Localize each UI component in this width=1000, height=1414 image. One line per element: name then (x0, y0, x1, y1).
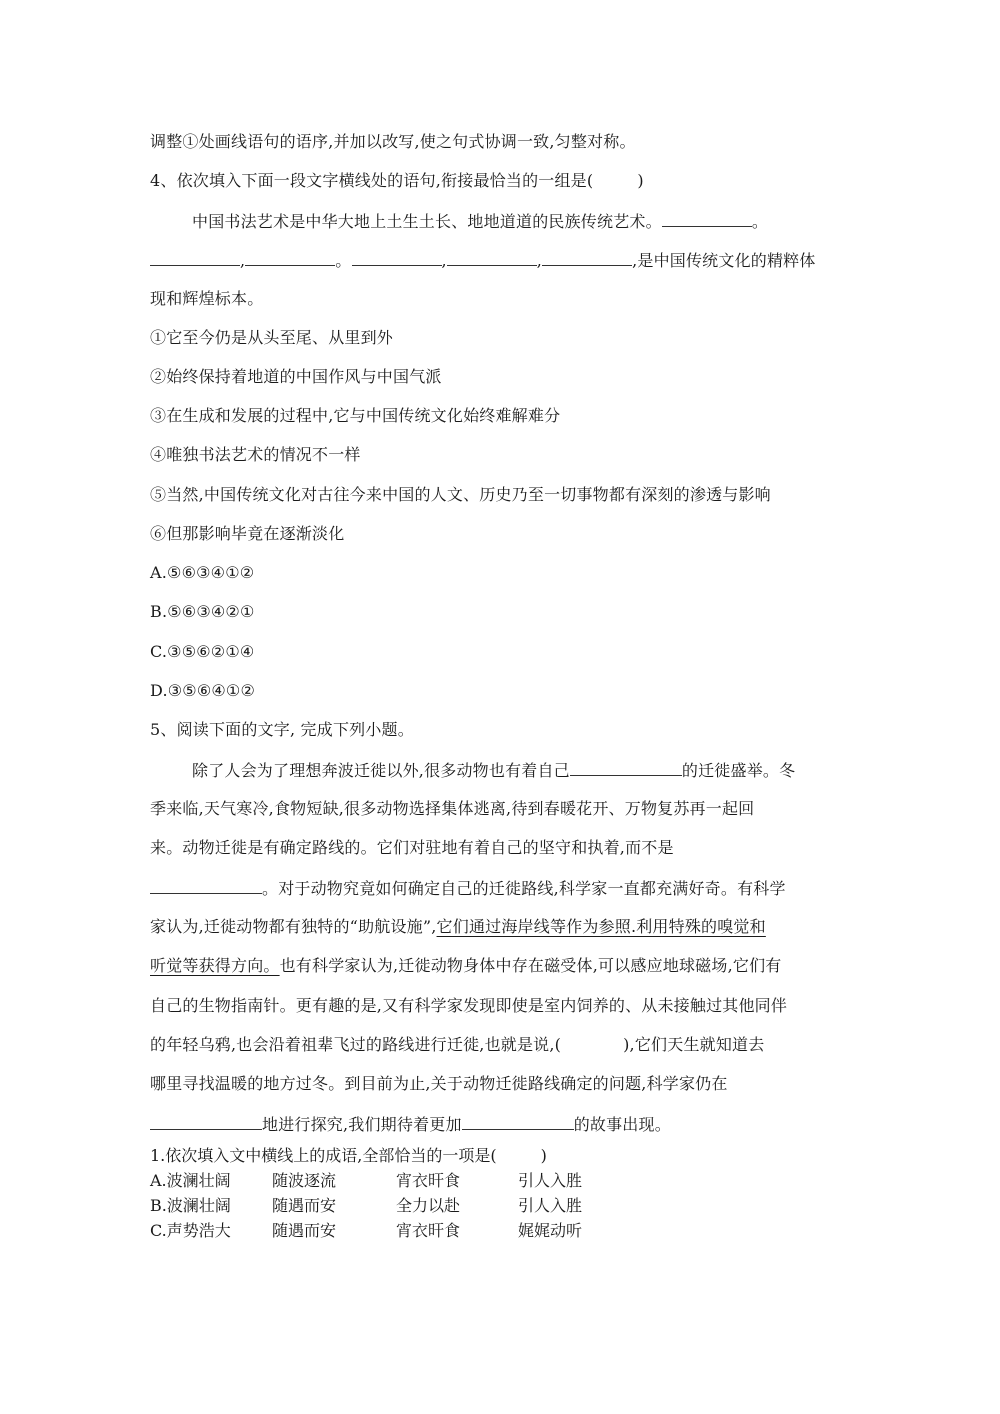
q5-passage-line-3: 来。动物迁徙是有确定路线的。它们对驻地有着自己的坚守和执着,而不是 (150, 838, 674, 858)
q4-statement-5: ⑤当然,中国传统文化对古往今来中国的人文、历史乃至一切事物都有深刻的渗透与影响 (150, 485, 771, 505)
idiom: 随遇而安 (272, 1196, 396, 1216)
q4-passage-line-2: ,。,,,是中国传统文化的精粹体 (150, 250, 816, 271)
fill-blank (150, 1114, 262, 1130)
underlined-sentence: 它们通过海岸线等作为参照.利用特殊的嗅觉和 (437, 917, 766, 936)
q5-title: 5、阅读下面的文字, 完成下列小题。 (150, 720, 414, 740)
q5-passage-text: ),它们天生就知道去 (623, 1035, 764, 1054)
q5-passage-line-1: 除了人会为了理想奔波迁徙以外,很多动物也有着自己的迁徙盛举。冬 (192, 760, 795, 781)
idiom: 引人入胜 (518, 1196, 628, 1216)
q4-passage-text: ,是中国传统文化的精粹体 (632, 251, 816, 270)
q4-statement-2: ②始终保持着地道的中国作风与中国气派 (150, 367, 442, 387)
q5-sub1-option-b: B.波澜壮阔随遇而安全力以赴引人入胜 (150, 1196, 628, 1216)
q4-passage-line-1: 中国书法艺术是中华大地上土生土长、地地道道的民族传统艺术。。 (192, 211, 768, 232)
option-label: C. (150, 1221, 167, 1240)
q4-statement-4: ④唯独书法艺术的情况不一样 (150, 445, 361, 465)
intro-instruction: 调整①处画线语句的语序,并加以改写,使之句式协调一致,匀整对称。 (150, 132, 636, 152)
q5-passage-text: 的年轻乌鸦,也会沿着祖辈飞过的路线进行迁徙,也就是说,( (150, 1035, 561, 1054)
idiom: 全力以赴 (396, 1196, 518, 1216)
q5-sub1-title-text: 1.依次填入文中横线上的成语,全部恰当的一项是( (150, 1146, 497, 1165)
q4-option-c: C.③⑤⑥②①④ (150, 642, 254, 662)
q4-option-a: A.⑤⑥③④①② (150, 563, 254, 583)
q5-passage-line-10: 地进行探究,我们期待着更加的故事出现。 (150, 1114, 671, 1135)
punctuation: 。 (752, 212, 768, 231)
q5-passage-line-7: 自己的生物指南针。更有趣的是,又有科学家发现即使是室内饲养的、从未接触过其他同伴 (150, 996, 787, 1016)
q5-sub1-title: 1.依次填入文中横线上的成语,全部恰当的一项是() (150, 1146, 547, 1166)
fill-blank (150, 250, 240, 266)
q5-passage-text: 家认为,迁徙动物都有独特的“助航设施”, (150, 917, 437, 936)
idiom: 声势浩大 (167, 1221, 231, 1240)
q4-statement-3: ③在生成和发展的过程中,它与中国传统文化始终难解难分 (150, 406, 560, 426)
q5-passage-line-6: 听觉等获得方向。也有科学家认为,迁徙动物身体中存在磁受体,可以感应地球磁场,它们… (150, 956, 781, 976)
idiom: 宵衣旰食 (396, 1221, 518, 1241)
fill-blank (352, 250, 442, 266)
punctuation: 。 (335, 251, 351, 270)
idiom: 随波逐流 (272, 1171, 396, 1191)
q4-statement-6: ⑥但那影响毕竟在逐渐淡化 (150, 524, 344, 544)
idiom: 波澜壮阔 (167, 1171, 231, 1190)
q4-option-b: B.⑤⑥③④②① (150, 602, 255, 622)
fill-blank (447, 250, 537, 266)
q4-title-close-paren: ) (637, 171, 643, 190)
option-label: B. (150, 1196, 167, 1215)
q5-passage-line-2: 季来临,天气寒冷,食物短缺,很多动物选择集体逃离,待到春暖花开、万物复苏再一起回 (150, 799, 754, 819)
q5-passage-line-9: 哪里寻找温暖的地方过冬。到目前为止,关于动物迁徙路线确定的问题,科学家仍在 (150, 1074, 728, 1094)
q5-sub1-option-c: C.声势浩大随遇而安宵衣旰食娓娓动听 (150, 1221, 628, 1241)
fill-blank (570, 760, 682, 776)
option-label: A. (150, 1171, 167, 1190)
q4-title-text: 4、依次填入下面一段文字横线处的语句,衔接最恰当的一组是( (150, 171, 593, 190)
option-item: A.波澜壮阔 (150, 1171, 272, 1191)
fill-blank (245, 250, 335, 266)
q5-passage-line-4: 。对于动物究竟如何确定自己的迁徙路线,科学家一直都充满好奇。有科学 (150, 878, 786, 899)
idiom: 波澜壮阔 (167, 1196, 231, 1215)
q5-passage-text: 除了人会为了理想奔波迁徙以外,很多动物也有着自己 (192, 761, 570, 780)
q5-sub1-option-a: A.波澜壮阔随波逐流宵衣旰食引人入胜 (150, 1171, 628, 1191)
q4-option-d: D.③⑤⑥④①② (150, 681, 255, 701)
q5-passage-text: 的故事出现。 (574, 1115, 671, 1134)
fill-blank (462, 1114, 574, 1130)
q4-passage-text: 中国书法艺术是中华大地上土生土长、地地道道的民族传统艺术。 (192, 212, 662, 231)
fill-blank (662, 211, 752, 227)
q5-passage-text: 也有科学家认为,迁徙动物身体中存在磁受体,可以感应地球磁场,它们有 (280, 956, 782, 975)
idiom: 宵衣旰食 (396, 1171, 518, 1191)
q5-passage-text: 。对于动物究竟如何确定自己的迁徙路线,科学家一直都充满好奇。有科学 (262, 879, 786, 898)
underlined-sentence: 听觉等获得方向。 (150, 956, 280, 975)
idiom: 娓娓动听 (518, 1221, 628, 1241)
option-item: C.声势浩大 (150, 1221, 272, 1241)
q4-title: 4、依次填入下面一段文字横线处的语句,衔接最恰当的一组是() (150, 171, 644, 191)
q5-passage-text: 的迁徙盛举。冬 (682, 761, 795, 780)
fill-blank (150, 878, 262, 894)
fill-blank (542, 250, 632, 266)
idiom: 引人入胜 (518, 1171, 628, 1191)
option-item: B.波澜壮阔 (150, 1196, 272, 1216)
q4-passage-line-3: 现和辉煌标本。 (150, 289, 263, 309)
q5-sub1-close-paren: ) (541, 1146, 547, 1165)
idiom: 随遇而安 (272, 1221, 396, 1241)
q5-passage-line-5: 家认为,迁徙动物都有独特的“助航设施”,它们通过海岸线等作为参照.利用特殊的嗅觉… (150, 917, 766, 937)
q5-passage-line-8: 的年轻乌鸦,也会沿着祖辈飞过的路线进行迁徙,也就是说,(),它们天生就知道去 (150, 1035, 764, 1055)
q4-statement-1: ①它至今仍是从头至尾、从里到外 (150, 328, 393, 348)
q5-passage-text: 地进行探究,我们期待着更加 (262, 1115, 462, 1134)
